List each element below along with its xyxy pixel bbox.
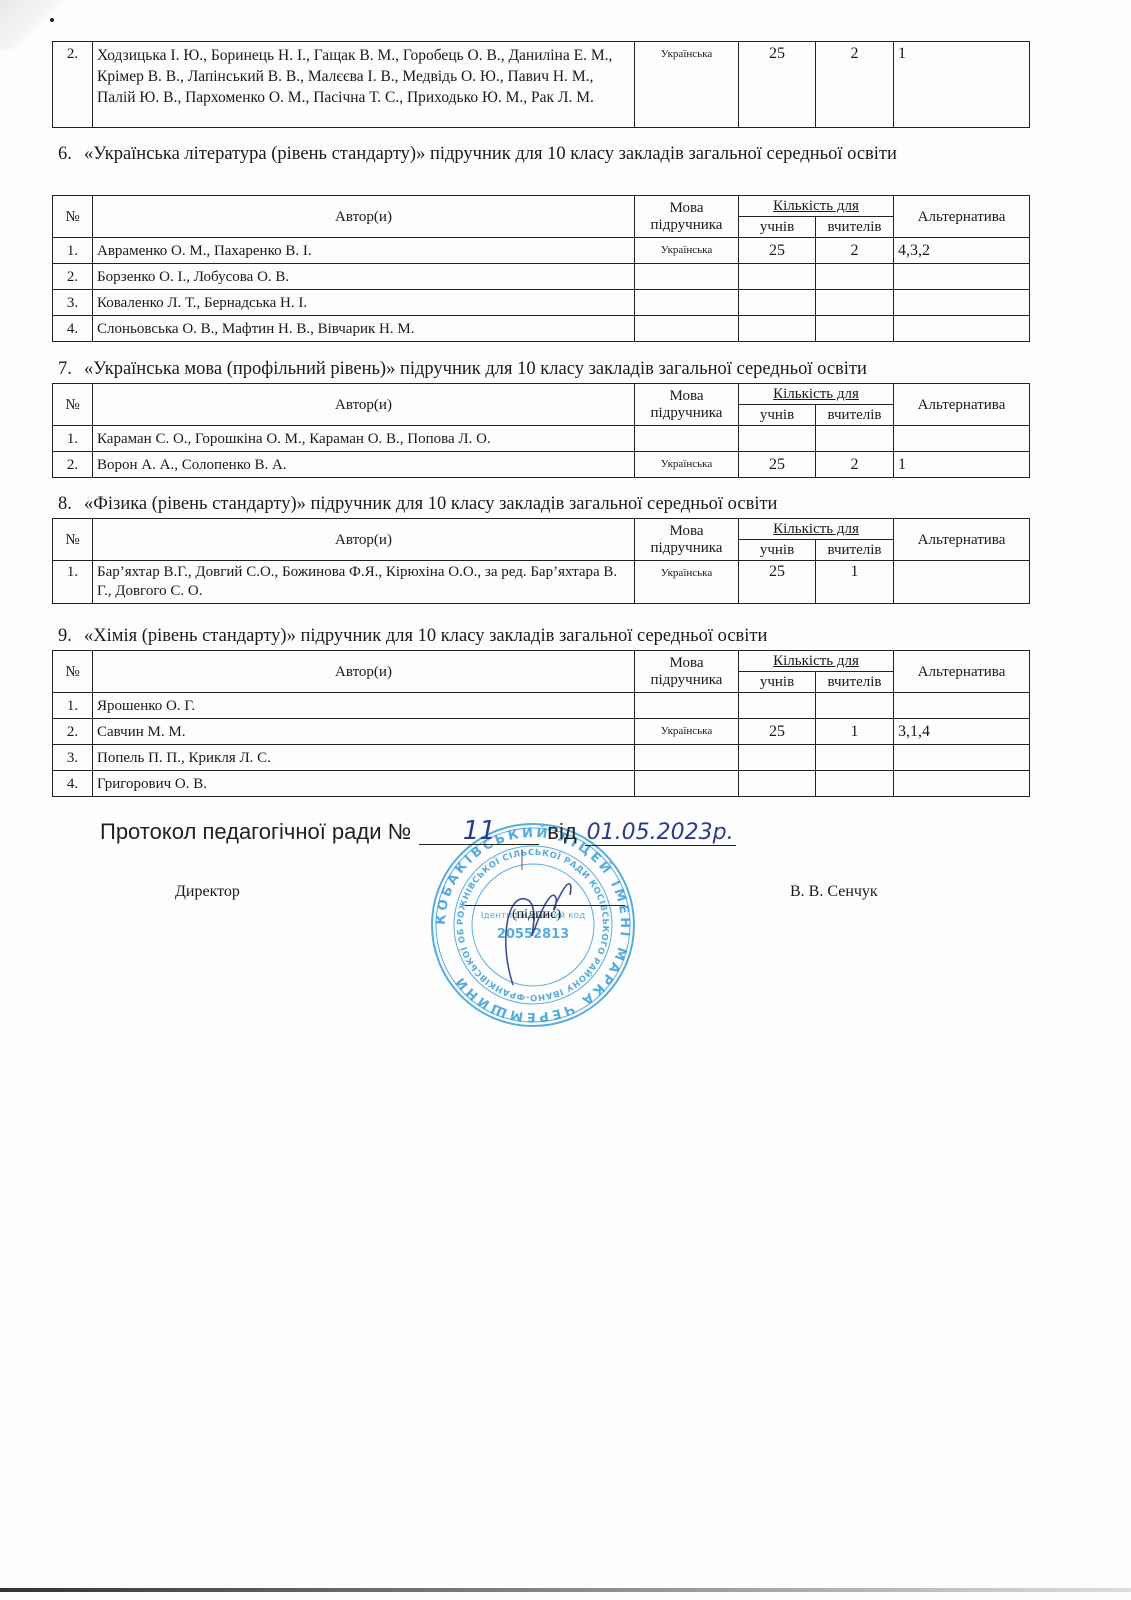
- header-no: №: [53, 196, 93, 238]
- director-name: В. В. Сенчук: [790, 883, 878, 901]
- header-language: Мовапідручника: [635, 384, 739, 426]
- row-students: [739, 316, 816, 342]
- row-students: [739, 745, 816, 771]
- section-number: 9.: [58, 624, 84, 648]
- row-number: 2.: [53, 264, 93, 290]
- header-students: учнів: [739, 672, 816, 693]
- row-language: [635, 264, 739, 290]
- from-label: від: [547, 819, 576, 844]
- row-teachers: [816, 426, 894, 452]
- row-authors: Ворон А. А., Солопенко В. А.: [93, 452, 635, 478]
- row-number: 3.: [53, 290, 93, 316]
- header-row: №Автор(и)МовапідручникаКількість дляАльт…: [53, 384, 1030, 405]
- row-alternative: [894, 264, 1030, 290]
- row-teachers: 2: [816, 238, 894, 264]
- header-students: учнів: [739, 217, 816, 238]
- protocol-line: Протокол педагогічної ради №11від01.05.2…: [100, 818, 736, 846]
- scan-dot: [50, 18, 54, 22]
- section-6-table: №Автор(и)МовапідручникаКількість дляАльт…: [52, 195, 1030, 342]
- row-authors: Коваленко Л. Т., Бернадська Н. І.: [93, 290, 635, 316]
- row-students: 25: [739, 561, 816, 604]
- row-authors: Попель П. П., Крикля Л. С.: [93, 745, 635, 771]
- table-row: 2.Борзенко О. І., Лобусова О. В.: [53, 264, 1030, 290]
- row-alternative: [894, 316, 1030, 342]
- row-authors: Авраменко О. М., Пахаренко В. І.: [93, 238, 635, 264]
- row-language: Українська: [635, 561, 739, 604]
- header-teachers: вчителів: [816, 405, 894, 426]
- protocol-date: 01.05.2023р.: [585, 820, 736, 846]
- table-row: 2.Савчин М. М.Українська2513,1,4: [53, 719, 1030, 745]
- header-language: Мовапідручника: [635, 519, 739, 561]
- header-row: №Автор(и)МовапідручникаКількість дляАльт…: [53, 651, 1030, 672]
- section-title: «Українська мова (профільний рівень)» пі…: [84, 359, 867, 379]
- row-teachers: 2: [816, 42, 894, 128]
- header-teachers: вчителів: [816, 540, 894, 561]
- section-7-heading: 7.«Українська мова (профільний рівень)» …: [58, 357, 1028, 381]
- row-students: 25: [739, 452, 816, 478]
- row-teachers: [816, 316, 894, 342]
- table-row: 2. Ходзицька І. Ю., Боринець Н. І., Гаща…: [53, 42, 1030, 128]
- row-alternative: [894, 745, 1030, 771]
- header-row: №Автор(и)МовапідручникаКількість дляАльт…: [53, 196, 1030, 217]
- scan-edge: [0, 1588, 1131, 1592]
- section-number: 6.: [58, 142, 84, 166]
- row-language: [635, 316, 739, 342]
- row-language: Українська: [635, 238, 739, 264]
- row-language: [635, 426, 739, 452]
- table-row: 2.Ворон А. А., Солопенко В. А.Українська…: [53, 452, 1030, 478]
- row-alternative: [894, 561, 1030, 604]
- row-number: 2.: [53, 42, 93, 128]
- section-title: «Українська література (рівень стандарту…: [84, 144, 897, 164]
- row-alternative: [894, 290, 1030, 316]
- section-8-heading: 8.«Фізика (рівень стандарту)» підручник …: [58, 492, 1028, 516]
- header-authors: Автор(и): [93, 196, 635, 238]
- header-students: учнів: [739, 540, 816, 561]
- header-row: №Автор(и)МовапідручникаКількість дляАльт…: [53, 519, 1030, 540]
- section-number: 8.: [58, 492, 84, 516]
- header-alternative: Альтернатива: [894, 651, 1030, 693]
- row-authors: Ходзицька І. Ю., Боринець Н. І., Гащак В…: [93, 42, 635, 128]
- row-language: [635, 693, 739, 719]
- row-number: 4.: [53, 316, 93, 342]
- row-authors: Борзенко О. І., Лобусова О. В.: [93, 264, 635, 290]
- row-alternative: [894, 426, 1030, 452]
- row-number: 3.: [53, 745, 93, 771]
- director-label: Директор: [175, 883, 240, 901]
- section-9-heading: 9.«Хімія (рівень стандарту)» підручник д…: [58, 624, 1028, 648]
- row-alternative: 1: [894, 452, 1030, 478]
- row-authors: Савчин М. М.: [93, 719, 635, 745]
- row-students: 25: [739, 238, 816, 264]
- header-quantity: Кількість для: [739, 519, 894, 540]
- table-row: 1.Авраменко О. М., Пахаренко В. І.Україн…: [53, 238, 1030, 264]
- table-row: 1.Бар’яхтар В.Г., Довгий С.О., Божинова …: [53, 561, 1030, 604]
- row-teachers: [816, 745, 894, 771]
- header-no: №: [53, 519, 93, 561]
- header-quantity: Кількість для: [739, 651, 894, 672]
- table-row: 1.Ярошенко О. Г.: [53, 693, 1030, 719]
- table-row: 3.Коваленко Л. Т., Бернадська Н. І.: [53, 290, 1030, 316]
- table-row: 1.Караман С. О., Горошкіна О. М., Карама…: [53, 426, 1030, 452]
- row-students: 25: [739, 42, 816, 128]
- row-teachers: [816, 771, 894, 797]
- section-8-table: №Автор(и)МовапідручникаКількість дляАльт…: [52, 518, 1030, 604]
- header-teachers: вчителів: [816, 672, 894, 693]
- protocol-label: Протокол педагогічної ради №: [100, 819, 411, 844]
- header-alternative: Альтернатива: [894, 519, 1030, 561]
- section-9-table: №Автор(и)МовапідручникаКількість дляАльт…: [52, 650, 1030, 797]
- row-authors: Караман С. О., Горошкіна О. М., Караман …: [93, 426, 635, 452]
- header-quantity: Кількість для: [739, 196, 894, 217]
- row-teachers: [816, 264, 894, 290]
- header-language: Мовапідручника: [635, 651, 739, 693]
- section-7-table: №Автор(и)МовапідручникаКількість дляАльт…: [52, 383, 1030, 478]
- section-6-heading: 6.«Українська література (рівень стандар…: [58, 142, 1028, 166]
- row-students: [739, 693, 816, 719]
- header-alternative: Альтернатива: [894, 384, 1030, 426]
- table-row: 4.Слоньовська О. В., Мафтин Н. В., Вівча…: [53, 316, 1030, 342]
- table-row: 4.Григорович О. В.: [53, 771, 1030, 797]
- official-stamp-icon: КОБАКІВСЬКИЙ ЛІЦЕЙ ІМЕНІ МАРКА ЧЕРЕМШИНИ…: [428, 820, 638, 1030]
- row-language: Українська: [635, 42, 739, 128]
- signature-line: [465, 905, 625, 906]
- protocol-number: 11: [419, 818, 539, 845]
- row-students: [739, 426, 816, 452]
- row-language: [635, 290, 739, 316]
- row-teachers: 1: [816, 561, 894, 604]
- row-number: 1.: [53, 693, 93, 719]
- row-alternative: 1: [894, 42, 1030, 128]
- header-students: учнів: [739, 405, 816, 426]
- table-row: 3.Попель П. П., Крикля Л. С.: [53, 745, 1030, 771]
- row-students: [739, 290, 816, 316]
- row-language: [635, 745, 739, 771]
- row-students: [739, 771, 816, 797]
- signature-caption: (підпис): [512, 907, 561, 923]
- row-alternative: 3,1,4: [894, 719, 1030, 745]
- row-authors: Григорович О. В.: [93, 771, 635, 797]
- header-no: №: [53, 651, 93, 693]
- header-quantity: Кількість для: [739, 384, 894, 405]
- row-students: 25: [739, 719, 816, 745]
- row-teachers: [816, 290, 894, 316]
- header-no: №: [53, 384, 93, 426]
- section-title: «Фізика (рівень стандарту)» підручник дл…: [84, 494, 777, 514]
- row-language: Українська: [635, 452, 739, 478]
- section-number: 7.: [58, 357, 84, 381]
- row-number: 1.: [53, 561, 93, 604]
- row-language: [635, 771, 739, 797]
- row-number: 2.: [53, 719, 93, 745]
- header-authors: Автор(и): [93, 519, 635, 561]
- row-number: 1.: [53, 426, 93, 452]
- section-title: «Хімія (рівень стандарту)» підручник для…: [84, 626, 767, 646]
- row-number: 1.: [53, 238, 93, 264]
- header-teachers: вчителів: [816, 217, 894, 238]
- row-alternative: [894, 771, 1030, 797]
- row-teachers: [816, 693, 894, 719]
- row-students: [739, 264, 816, 290]
- row-authors: Слоньовська О. В., Мафтин Н. В., Вівчари…: [93, 316, 635, 342]
- header-alternative: Альтернатива: [894, 196, 1030, 238]
- row-number: 2.: [53, 452, 93, 478]
- header-language: Мовапідручника: [635, 196, 739, 238]
- continuation-table: 2. Ходзицька І. Ю., Боринець Н. І., Гаща…: [52, 41, 1030, 128]
- header-authors: Автор(и): [93, 651, 635, 693]
- row-number: 4.: [53, 771, 93, 797]
- row-language: Українська: [635, 719, 739, 745]
- row-teachers: 2: [816, 452, 894, 478]
- header-authors: Автор(и): [93, 384, 635, 426]
- row-teachers: 1: [816, 719, 894, 745]
- row-authors: Ярошенко О. Г.: [93, 693, 635, 719]
- row-alternative: [894, 693, 1030, 719]
- row-authors: Бар’яхтар В.Г., Довгий С.О., Божинова Ф.…: [93, 561, 635, 604]
- row-alternative: 4,3,2: [894, 238, 1030, 264]
